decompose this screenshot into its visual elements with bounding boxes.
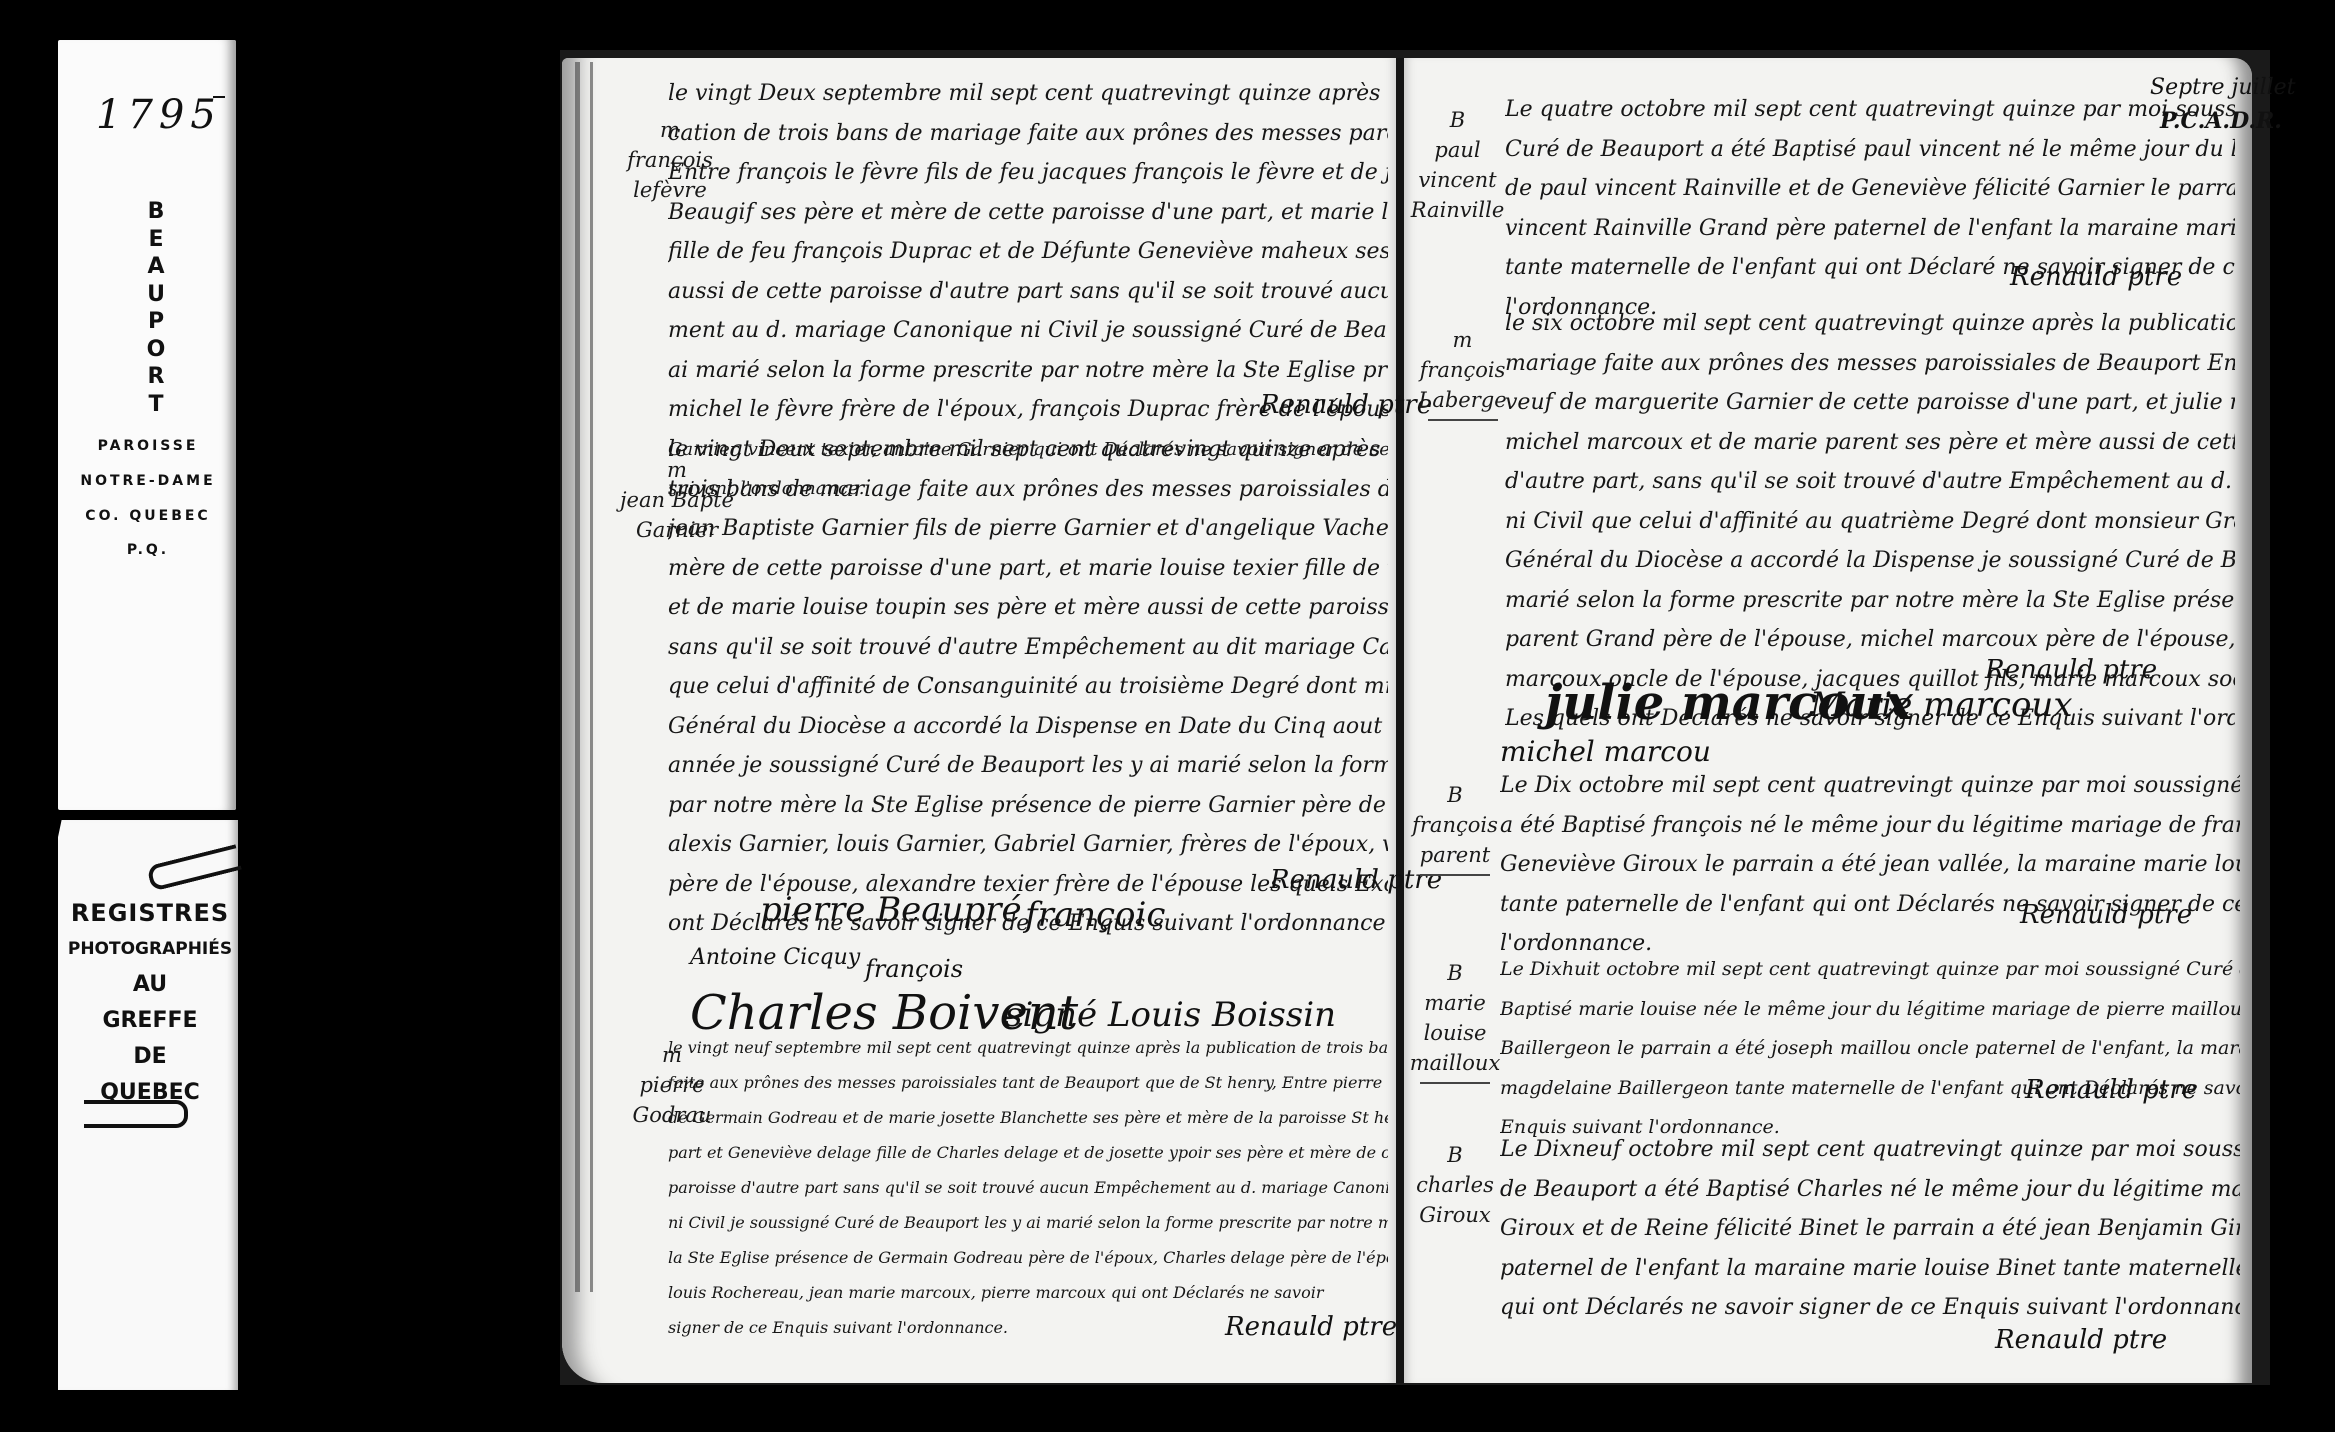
priest-signature: Renauld ptre — [2025, 1075, 2197, 1105]
margin-line: B — [1405, 105, 1510, 135]
entry-line: Le Dixhuit octobre mil sept cent quatrev… — [1500, 950, 2240, 990]
margin-line: Laberge — [1410, 385, 1515, 415]
entry-line: fille de feu françois Duprac et de Défun… — [668, 232, 1388, 272]
entry-line: paternel de l'enfant la maraine marie lo… — [1500, 1249, 2240, 1289]
entry-line: la Ste Eglise présence de Germain Godrea… — [668, 1240, 1388, 1275]
entry-line: ni Civil je soussigné Curé de Beauport l… — [668, 1205, 1388, 1240]
margin-line: B — [1405, 1140, 1505, 1170]
stamp-line: REGISTRES — [60, 895, 240, 931]
entry-line: mariage faite aux prônes des messes paro… — [1505, 344, 2235, 384]
margin-line: françois — [1410, 355, 1515, 385]
page-edge — [590, 62, 593, 1292]
entry-line: marié selon la forme prescrite par notre… — [1505, 581, 2235, 621]
stamp-line: GREFFE — [60, 1003, 240, 1039]
witness-signature: Marie marcoux — [1810, 685, 2073, 725]
entry-line: Le Dix octobre mil sept cent quatrevingt… — [1500, 766, 2240, 806]
margin-line: B — [1405, 958, 1505, 988]
entry-line: le vingt neuf septembre mil sept cent qu… — [668, 1030, 1388, 1065]
entry-line: Giroux et de Reine félicité Binet le par… — [1500, 1209, 2240, 1249]
registry-stamp: REGISTRES PHOTOGRAPHIÉS AU GREFFE DE QUE… — [60, 895, 240, 1111]
entry-line: de Germain Godreau et de marie josette B… — [668, 1100, 1388, 1135]
entry-line: jean Baptiste Garnier fils de pierre Gar… — [668, 509, 1388, 549]
entry-line: cation de trois bans de mariage faite au… — [668, 114, 1388, 154]
entry-line: Baillergeon le parrain a été joseph mail… — [1500, 1029, 2240, 1069]
entry-baptism-maillou: Le Dixhuit octobre mil sept cent quatrev… — [1500, 950, 2240, 1148]
margin-divider — [1428, 419, 1498, 421]
entry-marriage-godrau: le vingt neuf septembre mil sept cent qu… — [668, 1030, 1388, 1345]
entry-line: Général du Diocèse a accordé la Dispense… — [1505, 541, 2235, 581]
entry-line: a été Baptisé françois né le même jour d… — [1500, 806, 2240, 846]
parish-vertical-name: B E A U P O R T — [141, 198, 171, 418]
entry-line: qui ont Déclarés ne savoir signer de ce … — [1500, 1288, 2240, 1328]
margin-line: Rainville — [1405, 195, 1510, 225]
entry-line: michel marcoux et de marie parent ses pè… — [1505, 423, 2235, 463]
parish-letter: A — [141, 253, 171, 281]
entry-line: vincent Rainville Grand père paternel de… — [1505, 209, 2235, 249]
entry-line: le vingt Deux septembre mil sept cent qu… — [668, 430, 1388, 470]
margin-line: m — [1410, 325, 1515, 355]
entry-line: le six octobre mil sept cent quatrevingt… — [1505, 304, 2235, 344]
witness-signature: signé Louis Boissin — [1005, 995, 1336, 1035]
entry-line: d'autre part, sans qu'il se soit trouvé … — [1505, 462, 2235, 502]
margin-note-giroux: B charles Giroux — [1405, 1140, 1505, 1230]
parish-letter: O — [141, 336, 171, 364]
entry-line: alexis Garnier, louis Garnier, Gabriel G… — [668, 825, 1388, 865]
entry-line: part et Geneviève delage fille de Charle… — [668, 1135, 1388, 1170]
entry-line: Beaugif ses père et mère de cette parois… — [668, 193, 1388, 233]
margin-line: françois — [1405, 810, 1505, 840]
stamp-line: PHOTOGRAPHIÉS — [60, 931, 240, 967]
witness-signature: Antoine Cicquy — [690, 945, 860, 970]
priest-signature: Renauld ptre — [1995, 1325, 2167, 1355]
priest-signature: Renauld ptre — [1985, 655, 2157, 685]
entry-baptism-giroux: Le Dixneuf octobre mil sept cent quatrev… — [1500, 1130, 2240, 1328]
entry-line: Le quatre octobre mil sept cent quatrevi… — [1505, 90, 2235, 130]
entry-line: aussi de cette paroisse d'autre part san… — [668, 272, 1388, 312]
margin-divider — [1420, 1082, 1490, 1084]
margin-line: marie — [1405, 988, 1505, 1018]
entry-line: faite aux prônes des messes paroissiales… — [668, 1065, 1388, 1100]
parish-letter: R — [141, 363, 171, 391]
margin-line: B — [1405, 780, 1505, 810]
margin-note-parent: B françois parent — [1405, 780, 1505, 876]
paroisse-label: PAROISSE — [60, 438, 236, 454]
witness-signature: michel marcou — [1500, 735, 1711, 768]
entry-line: louis Rochereau, jean marie marcoux, pie… — [668, 1275, 1388, 1310]
parish-letter: T — [141, 391, 171, 419]
entry-line: le vingt Deux septembre mil sept cent qu… — [668, 74, 1388, 114]
entry-line: trois bans de mariage faite aux prônes d… — [668, 470, 1388, 510]
label-strip-top — [58, 40, 236, 810]
entry-line: Baptisé marie louise née le même jour du… — [1500, 990, 2240, 1030]
stamp-line: DE — [60, 1039, 240, 1075]
year-label: 1795 — [96, 92, 222, 138]
county-label: CO. QUEBEC — [60, 508, 236, 524]
entry-line: de Beauport a été Baptisé Charles né le … — [1500, 1170, 2240, 1210]
margin-line: mailloux — [1405, 1048, 1505, 1078]
entry-line: mère de cette paroisse d'une part, et ma… — [668, 549, 1388, 589]
priest-signature: Renauld ptre — [2020, 900, 2192, 930]
entry-line: Le Dixneuf octobre mil sept cent quatrev… — [1500, 1130, 2240, 1170]
witness-signature: françoic — [1025, 895, 1165, 935]
entry-line: et de marie louise toupin ses père et mè… — [668, 588, 1388, 628]
paper-clip-icon — [84, 1100, 188, 1128]
margin-note-maillou: B marie louise mailloux — [1405, 958, 1505, 1084]
priest-signature: Renauld ptre — [1225, 1312, 1397, 1342]
margin-divider — [1420, 874, 1490, 876]
entry-line: que celui d'affinité de Consanguinité au… — [668, 667, 1388, 707]
entry-line: sans qu'il se soit trouvé d'autre Empêch… — [668, 628, 1388, 668]
entry-line: veuf de marguerite Garnier de cette paro… — [1505, 383, 2235, 423]
witness-signature: pierre Beaupré — [760, 890, 1022, 930]
margin-line: louise — [1405, 1018, 1505, 1048]
margin-line: vincent — [1405, 165, 1510, 195]
page-edge — [575, 62, 580, 1292]
entry-line: Geneviève Giroux le parrain a été jean v… — [1500, 845, 2240, 885]
entry-line: paroisse d'autre part sans qu'il se soit… — [668, 1170, 1388, 1205]
priest-signature: Renauld ptre — [2010, 262, 2182, 292]
parish-letter: E — [141, 226, 171, 254]
parish-letter: B — [141, 198, 171, 226]
stamp-line: AU — [60, 967, 240, 1003]
entry-line: de paul vincent Rainville et de Genevièv… — [1505, 169, 2235, 209]
year-dash — [213, 96, 225, 98]
notre-dame-label: NOTRE-DAME — [60, 473, 236, 489]
parish-letter: P — [141, 308, 171, 336]
priest-signature: Renauld ptre — [1260, 390, 1432, 420]
entry-line: ni Civil que celui d'affinité au quatriè… — [1505, 502, 2235, 542]
margin-line: charles — [1405, 1170, 1505, 1200]
province-label: P.Q. — [60, 542, 236, 558]
entry-line: ment au d. mariage Canonique ni Civil je… — [668, 311, 1388, 351]
margin-note-rainville: B paul vincent Rainville — [1405, 105, 1510, 225]
entry-line: année je soussigné Curé de Beauport les … — [668, 746, 1388, 786]
margin-note-laberge: m françois Laberge — [1410, 325, 1515, 421]
margin-line: parent — [1405, 840, 1505, 870]
entry-baptism-parent: Le Dix octobre mil sept cent quatrevingt… — [1500, 766, 2240, 964]
witness-signature: françois — [865, 955, 963, 983]
entry-line: parent Grand père de l'épouse, michel ma… — [1505, 620, 2235, 660]
entry-line: Curé de Beauport a été Baptisé paul vinc… — [1505, 130, 2235, 170]
entry-line: ai marié selon la forme prescrite par no… — [668, 351, 1388, 391]
margin-line: paul — [1405, 135, 1510, 165]
entry-line: Entre françois le fèvre fils de feu jacq… — [668, 153, 1388, 193]
entry-line: Général du Diocèse a accordé la Dispense… — [668, 707, 1388, 747]
entry-line: par notre mère la Ste Eglise présence de… — [668, 786, 1388, 826]
book-gutter — [1396, 58, 1404, 1383]
parish-letter: U — [141, 281, 171, 309]
margin-line: Giroux — [1405, 1200, 1505, 1230]
